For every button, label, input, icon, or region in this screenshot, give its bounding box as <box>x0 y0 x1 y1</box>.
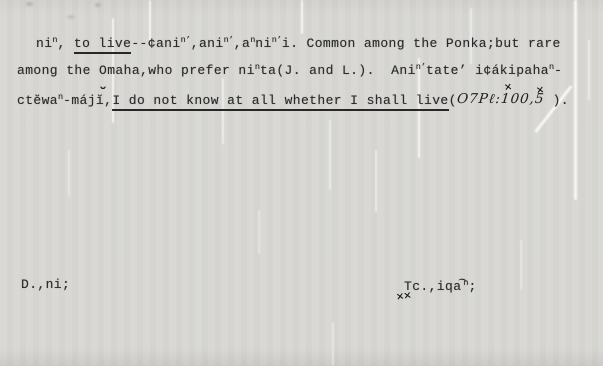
text-segment-t: ni <box>255 36 271 51</box>
handwritten-breve-mark: ˘ <box>99 84 107 103</box>
ink-smudge <box>67 15 75 19</box>
handwritten-x-mark: × <box>503 81 513 93</box>
scan-scratch <box>375 150 377 212</box>
text-segment-sup: n <box>250 35 255 45</box>
ink-smudge <box>26 2 33 6</box>
ink-smudge <box>95 3 101 7</box>
scan-scratch <box>301 0 303 34</box>
footer-label-right: Tc.,iqa(n; <box>404 279 477 294</box>
text-segment-t: ). <box>544 93 569 108</box>
text-segment-u: I do not know at all whether I shall liv… <box>112 93 448 111</box>
text-segment-sup: n <box>52 35 57 45</box>
text-segment-t: ctĕwa <box>17 93 58 108</box>
footer-label-left: D.,ni; <box>21 277 70 292</box>
text-segment-t: ta(J. and L.). Ani <box>260 63 416 78</box>
text-segment-sup: n <box>549 62 554 72</box>
scan-scratch <box>332 322 334 366</box>
scan-scratch <box>520 240 522 290</box>
text-segment-t: , <box>58 36 74 51</box>
text-segment-t: Tc.,iqa <box>404 279 461 294</box>
text-segment-sup: n <box>463 278 468 288</box>
text-segment-sup: n’ <box>272 35 282 45</box>
text-segment-t: i. Common among the Ponka;but rare <box>282 36 561 51</box>
text-segment-sup: n <box>58 92 63 102</box>
text-segment-t: - <box>554 63 562 78</box>
scan-scratch <box>68 150 70 196</box>
scan-scratch <box>588 40 590 100</box>
scan-scratch <box>258 210 260 254</box>
document-page: nin, to live--¢anin’,anin’,annin’i. Comm… <box>0 0 603 366</box>
text-segment-sup: n’ <box>416 62 426 72</box>
text-segment-t: --¢ani <box>131 36 180 51</box>
text-segment-hw: O7Pℓ:100,5 <box>456 91 545 107</box>
text-segment-t: ,ani <box>191 36 224 51</box>
text-segment-t: D.,ni; <box>21 277 70 292</box>
text-segment-sup: n’ <box>181 35 191 45</box>
entry-line-2: among the Omaha,who prefer ninta(J. and … <box>17 63 562 78</box>
scan-scratch <box>222 78 224 144</box>
text-segment-t: ni <box>36 36 52 51</box>
handwritten-x-mark: × <box>535 84 545 96</box>
text-segment-t: among the Omaha,who prefer ni <box>17 63 255 78</box>
text-segment-sup: n <box>255 62 260 72</box>
scan-scratch <box>574 0 577 200</box>
scan-scratch <box>329 120 331 190</box>
text-segment-t: tate’ i¢ákipaha <box>426 63 549 78</box>
text-segment-t: ,a <box>234 36 250 51</box>
text-segment-t: ; <box>468 279 476 294</box>
text-segment-u: to live <box>74 36 131 54</box>
text-segment-sup: n’ <box>224 35 234 45</box>
entry-line-1: nin, to live--¢anin’,anin’,annin’i. Comm… <box>36 36 561 51</box>
